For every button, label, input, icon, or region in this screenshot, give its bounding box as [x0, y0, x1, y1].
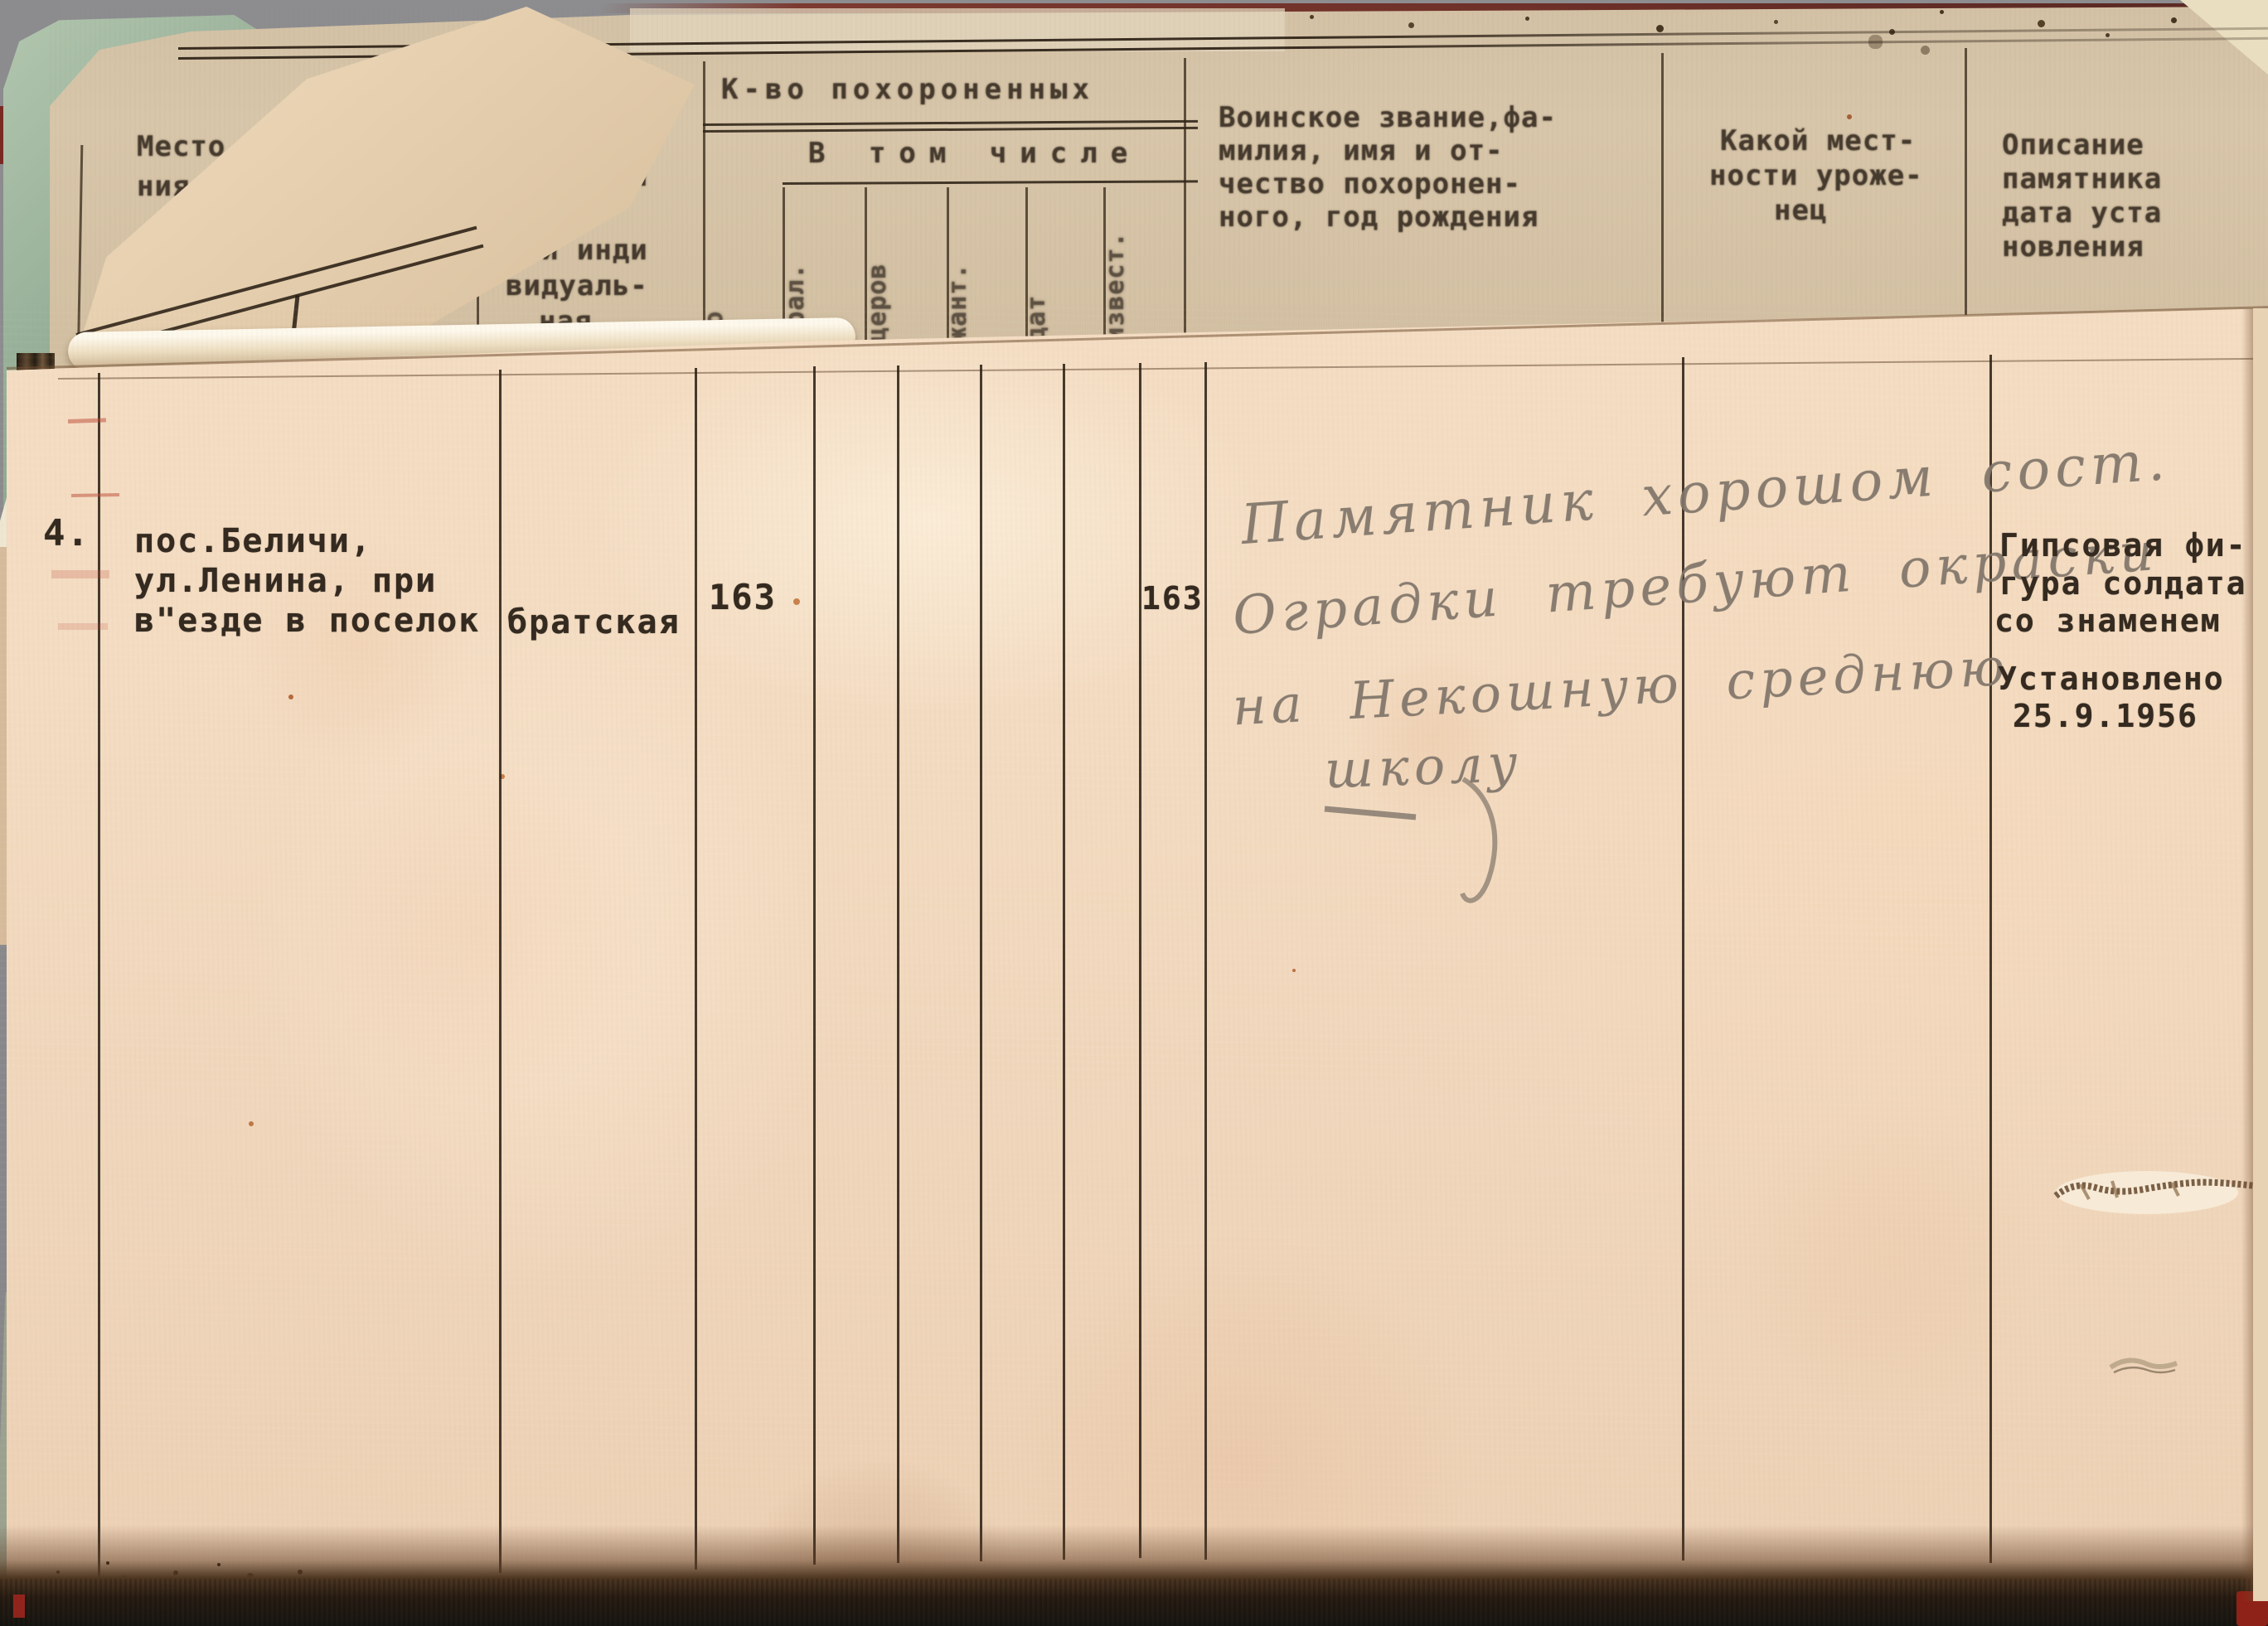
table-rule-vertical	[1682, 357, 1684, 1561]
table-rule-vertical	[980, 365, 982, 1561]
grave-location-line1: пос.Беличи,	[134, 522, 372, 560]
monument-installed-line1: Установлено	[1998, 661, 2225, 697]
column-header-rank-line2: милия, имя и от-	[1219, 134, 1504, 167]
column-header-monument-line1: Описание	[2002, 128, 2144, 162]
column-header-origin-line2: ности уроже-	[1709, 159, 1923, 192]
table-rule-vertical	[897, 365, 899, 1563]
column-header-rank-line4: ного, год рождения	[1219, 201, 1539, 234]
row-number: 4.	[43, 512, 90, 554]
table-rule-vertical	[98, 373, 100, 1579]
monument-desc-line2: гура солдата	[1999, 565, 2247, 602]
table-rule-vertical	[1184, 58, 1186, 369]
column-header-monument-line2: памятника	[2002, 162, 2162, 196]
ink-specks	[106, 1561, 109, 1565]
column-header-buried-count: К-во похороненных	[721, 73, 1094, 106]
right-page-crease	[2241, 308, 2253, 1601]
table-rule-vertical	[813, 366, 816, 1565]
red-smudge	[51, 570, 109, 578]
red-mark-bottom-left	[13, 1595, 25, 1618]
monument-desc-line3: со знаменем	[1994, 602, 2222, 639]
column-header-monument-line4: новления	[2002, 230, 2144, 264]
table-rule-vertical	[1204, 362, 1207, 1560]
red-smudge	[58, 623, 108, 630]
buried-total-count: 163	[709, 577, 777, 617]
paper-tear	[2107, 1344, 2182, 1386]
column-header-rank-line3: чество похоронен-	[1219, 167, 1521, 201]
table-rule-vertical	[1063, 364, 1065, 1560]
paper-freckles	[288, 694, 293, 699]
column-header-monument-line3: дата уста	[2002, 196, 2162, 230]
column-header-grave-line5: видуаль-	[506, 269, 648, 302]
grave-kind: братская	[507, 603, 681, 641]
table-rule-vertical	[1139, 363, 1141, 1558]
table-rule-vertical	[1661, 53, 1664, 369]
pencil-flourish	[1277, 729, 1558, 945]
table-rule-vertical	[499, 370, 502, 1573]
table-rule-vertical	[695, 368, 697, 1570]
column-header-origin-line3: нец	[1774, 194, 1827, 227]
column-header-including: В том числе	[808, 137, 1141, 170]
grave-location-line3: в"езде в поселок	[134, 602, 480, 640]
column-header-rank-line1: Воинское звание,фа-	[1219, 101, 1557, 134]
column-header-origin-line1: Какой мест-	[1720, 124, 1916, 157]
monument-installed-line2: 25.9.1956	[2013, 698, 2198, 734]
buried-unknown-count: 163	[1141, 580, 1204, 617]
dirt-specks	[1310, 15, 1314, 19]
grave-location-line2: ул.Ленина, при	[134, 562, 437, 600]
right-page-edge	[2253, 308, 2268, 1601]
monument-desc-line1: Гипсовая фи-	[1999, 527, 2247, 564]
archival-register-scan: Место нахожде- ния могилы Какая мо гила …	[0, 0, 2268, 1626]
stitch-thread	[2047, 1156, 2268, 1231]
